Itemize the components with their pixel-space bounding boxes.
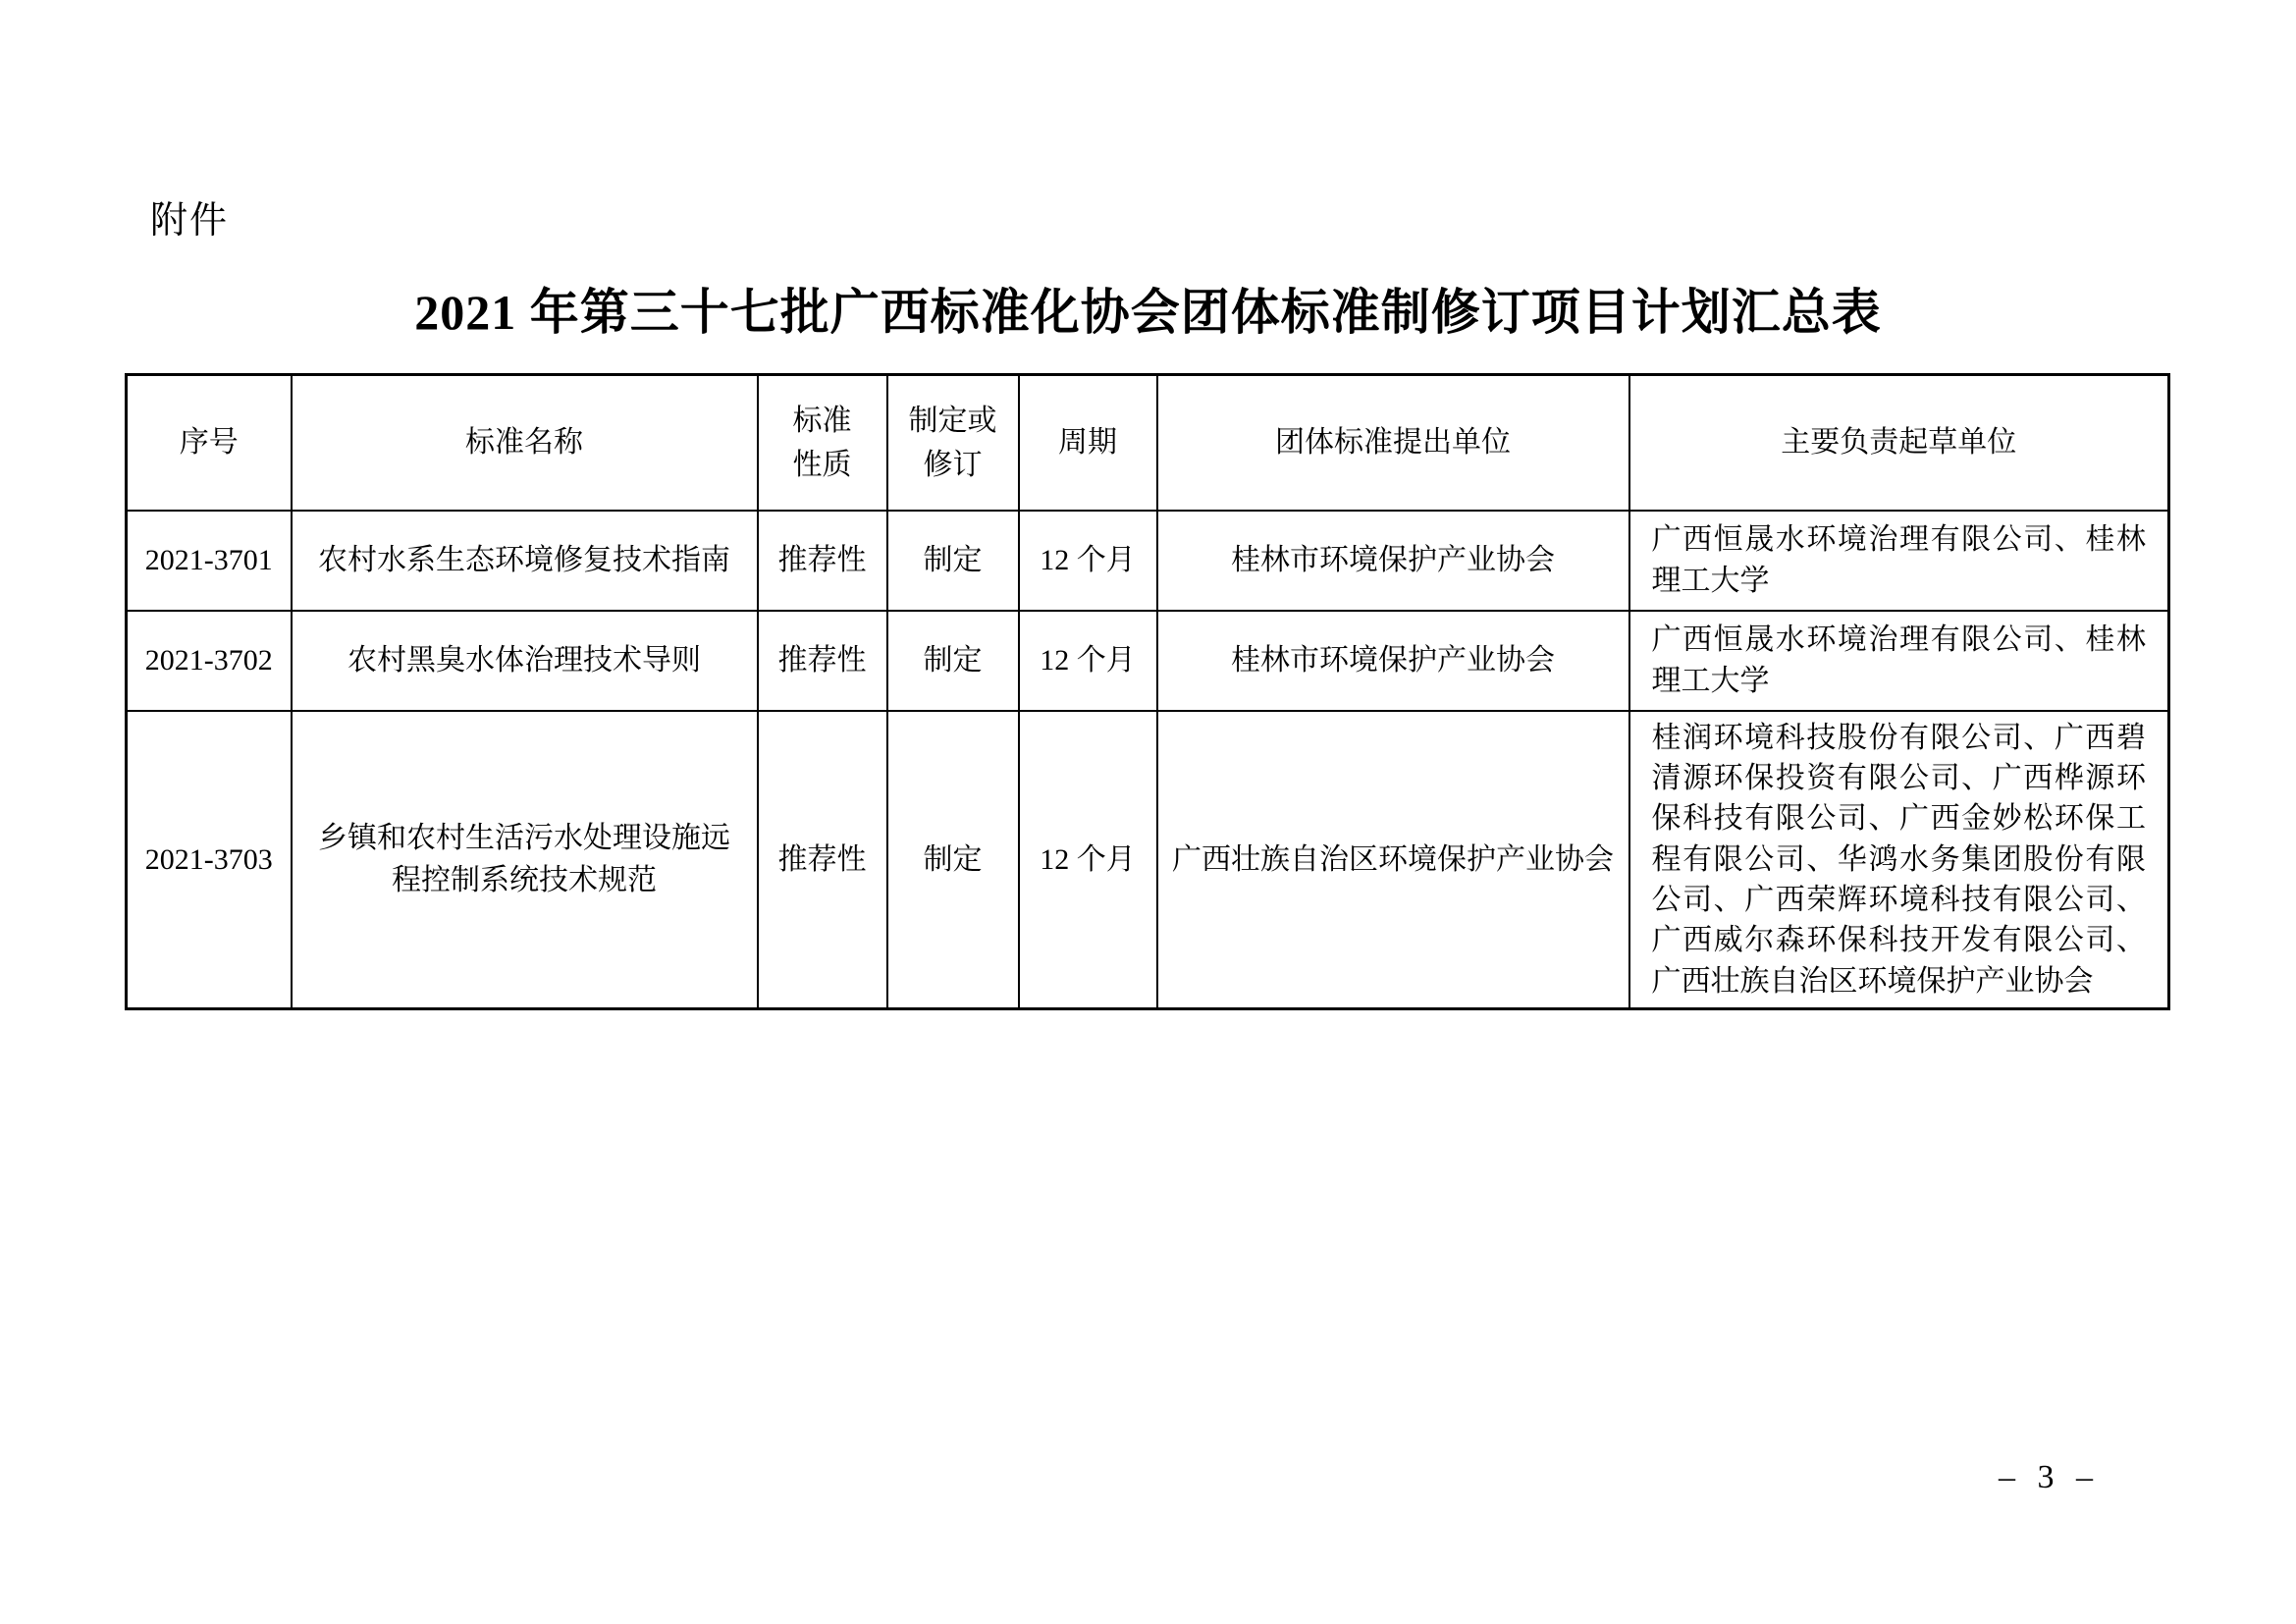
page-number: – 3 –	[1999, 1459, 2095, 1496]
cell-standard-name: 农村水系生态环境修复技术指南	[292, 511, 758, 611]
col-header-action: 制定或 修订	[887, 375, 1019, 511]
cell-proposer: 广西壮族自治区环境保护产业协会	[1157, 711, 1629, 1009]
col-header-standard-name: 标准名称	[292, 375, 758, 511]
cell-action: 制定	[887, 511, 1019, 611]
cell-standard-name: 乡镇和农村生活污水处理设施远程控制系统技术规范	[292, 711, 758, 1009]
col-header-nature: 标准 性质	[758, 375, 887, 511]
cell-period: 12 个月	[1019, 511, 1157, 611]
attachment-label: 附件	[150, 199, 229, 244]
col-header-period: 周期	[1019, 375, 1157, 511]
cell-nature: 推荐性	[758, 611, 887, 711]
cell-drafters: 广西恒晟水环境治理有限公司、桂林理工大学	[1629, 611, 2169, 711]
cell-drafters: 广西恒晟水环境治理有限公司、桂林理工大学	[1629, 511, 2169, 611]
col-header-proposer: 团体标准提出单位	[1157, 375, 1629, 511]
table-header-row: 序号 标准名称 标准 性质 制定或 修订 周期 团体标准提出单位 主要负责起草单…	[127, 375, 2169, 511]
document-page: 附件 2021 年第三十七批广西标准化协会团体标准制修订项目计划汇总表 序号 标…	[0, 0, 2296, 1624]
cell-action: 制定	[887, 611, 1019, 711]
table-row: 2021-3703 乡镇和农村生活污水处理设施远程控制系统技术规范 推荐性 制定…	[127, 711, 2169, 1009]
cell-standard-name: 农村黑臭水体治理技术导则	[292, 611, 758, 711]
cell-seq: 2021-3701	[127, 511, 292, 611]
cell-period: 12 个月	[1019, 611, 1157, 711]
cell-action: 制定	[887, 711, 1019, 1009]
cell-nature: 推荐性	[758, 711, 887, 1009]
col-header-drafters: 主要负责起草单位	[1629, 375, 2169, 511]
page-title: 2021 年第三十七批广西标准化协会团体标准制修订项目计划汇总表	[0, 283, 2296, 342]
table-row: 2021-3701 农村水系生态环境修复技术指南 推荐性 制定 12 个月 桂林…	[127, 511, 2169, 611]
standards-plan-table: 序号 标准名称 标准 性质 制定或 修订 周期 团体标准提出单位 主要负责起草单…	[125, 373, 2170, 1010]
table-row: 2021-3702 农村黑臭水体治理技术导则 推荐性 制定 12 个月 桂林市环…	[127, 611, 2169, 711]
col-header-seq: 序号	[127, 375, 292, 511]
cell-drafters: 桂润环境科技股份有限公司、广西碧清源环保投资有限公司、广西桦源环保科技有限公司、…	[1629, 711, 2169, 1009]
cell-proposer: 桂林市环境保护产业协会	[1157, 611, 1629, 711]
cell-proposer: 桂林市环境保护产业协会	[1157, 511, 1629, 611]
cell-nature: 推荐性	[758, 511, 887, 611]
cell-period: 12 个月	[1019, 711, 1157, 1009]
cell-seq: 2021-3702	[127, 611, 292, 711]
cell-seq: 2021-3703	[127, 711, 292, 1009]
